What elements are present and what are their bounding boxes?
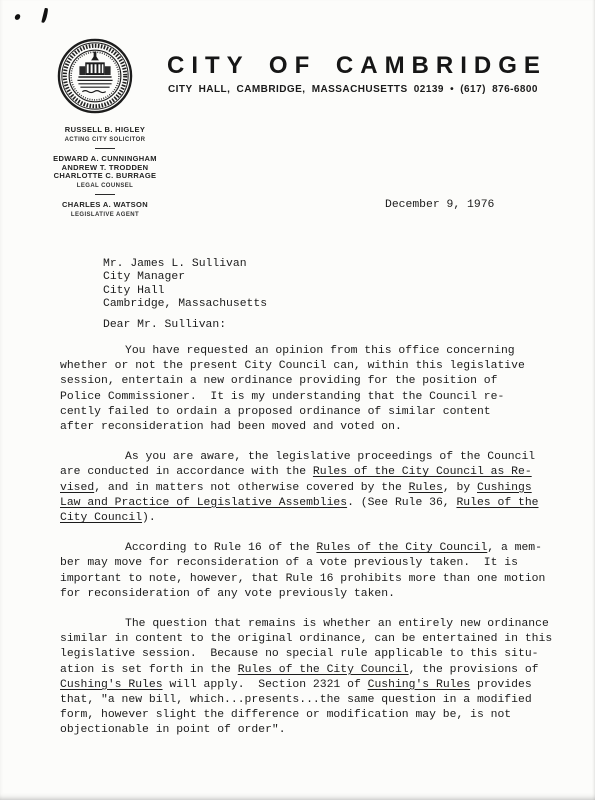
official-name: CHARLES A. WATSON [33, 201, 177, 210]
underlined-citation: Cushing's Rules [368, 679, 471, 691]
letter-date: December 9, 1976 [385, 199, 494, 211]
text-segment: , a mem- [487, 542, 542, 554]
text-segment: ation is set forth in the [60, 664, 238, 676]
divider-rule [95, 194, 115, 195]
underlined-citation: Rules of the [456, 497, 538, 509]
underlined-citation: Cushing's Rules [60, 679, 163, 691]
underlined-citation: Cushings [477, 482, 532, 494]
text-segment: are conducted in accordance with the [60, 466, 313, 478]
paragraph: The question that remains is whether an … [60, 617, 560, 739]
underlined-citation: Rules of the City Council [316, 542, 487, 554]
ink-speck [41, 8, 49, 24]
typed-line: objectionable in point of order". [60, 723, 560, 738]
underlined-citation: Rules of the City Council as Re- [313, 466, 532, 478]
typed-line: cently failed to ordain a proposed ordin… [60, 405, 560, 420]
text-segment: The question that remains is whether an … [125, 618, 549, 630]
typed-line: similar in content to the original ordin… [60, 632, 560, 647]
paragraph: According to Rule 16 of the Rules of the… [60, 541, 560, 602]
text-segment: whether or not the present City Council … [60, 360, 525, 372]
text-segment: legislative session. Because no special … [60, 648, 539, 660]
divider-rule [95, 148, 115, 149]
text-segment: form, however slight the difference or m… [60, 709, 511, 721]
typed-line: You have requested an opinion from this … [60, 344, 560, 359]
official-title: LEGISLATIVE AGENT [33, 211, 177, 219]
typed-line: are conducted in accordance with the Rul… [60, 465, 560, 480]
text-segment: after reconsideration had been moved and… [60, 421, 402, 433]
underlined-citation: vised [60, 482, 94, 494]
typed-line: Police Commissioner. It is my understand… [60, 390, 560, 405]
text-segment: similar in content to the original ordin… [60, 633, 552, 645]
paragraph: You have requested an opinion from this … [60, 344, 560, 435]
typed-line: Cushing's Rules will apply. Section 2321… [60, 678, 560, 693]
paragraph: As you are aware, the legislative procee… [60, 450, 560, 526]
typed-line: that, "a new bill, which...presents...th… [60, 693, 560, 708]
official-name: RUSSELL B. HIGLEY [33, 126, 177, 135]
text-segment: that, "a new bill, which...presents...th… [60, 694, 532, 706]
typed-line: session, entertain a new ordinance provi… [60, 374, 560, 389]
text-segment: , the provisions of [409, 664, 539, 676]
official-group: CHARLES A. WATSONLEGISLATIVE AGENT [33, 201, 177, 219]
official-group: RUSSELL B. HIGLEYACTING CITY SOLICITOR [33, 126, 177, 144]
typed-line: whether or not the present City Council … [60, 359, 560, 374]
text-segment: . (See Rule 36, [347, 497, 456, 509]
text-segment: provides [470, 679, 532, 691]
official-group: EDWARD A. CUNNINGHAMANDREW T. TRODDENCHA… [33, 155, 177, 190]
city-seal-icon [56, 37, 134, 115]
text-segment: session, entertain a new ordinance provi… [60, 375, 497, 387]
typed-line: ation is set forth in the Rules of the C… [60, 663, 560, 678]
typed-line: Law and Practice of Legislative Assembli… [60, 496, 560, 511]
underlined-citation: Rules [409, 482, 443, 494]
official-title: ACTING CITY SOLICITOR [33, 136, 177, 144]
text-segment: ). [142, 512, 156, 524]
underlined-citation: Rules of the City Council [238, 664, 409, 676]
typed-line: legislative session. Because no special … [60, 647, 560, 662]
underlined-citation: City Council [60, 512, 142, 524]
typed-line: form, however slight the difference or m… [60, 708, 560, 723]
recipient-address: Mr. James L. SullivanCity ManagerCity Ha… [103, 258, 267, 311]
recipient-line: City Hall [103, 285, 267, 298]
ink-speck [14, 13, 21, 20]
typed-line: According to Rule 16 of the Rules of the… [60, 541, 560, 556]
text-segment: You have requested an opinion from this … [125, 345, 515, 357]
letterhead-subtitle: CITY HALL, CAMBRIDGE, MASSACHUSETTS 0213… [168, 84, 538, 95]
text-segment: important to note, however, that Rule 16… [60, 573, 545, 585]
official-title: LEGAL COUNSEL [33, 182, 177, 190]
salutation: Dear Mr. Sullivan: [103, 319, 226, 331]
typed-line: for reconsideration of any vote previous… [60, 587, 560, 602]
text-segment: , and in matters not otherwise covered b… [94, 482, 408, 494]
typed-line: important to note, however, that Rule 16… [60, 572, 560, 587]
text-segment: for reconsideration of any vote previous… [60, 588, 395, 600]
underlined-citation: Law and Practice of Legislative Assembli… [60, 497, 347, 509]
typed-line: after reconsideration had been moved and… [60, 420, 560, 435]
text-segment: According to Rule 16 of the [125, 542, 316, 554]
typed-line: City Council). [60, 511, 560, 526]
text-segment: objectionable in point of order". [60, 724, 286, 736]
text-segment: ber may move for reconsideration of a vo… [60, 557, 518, 569]
officials-list: RUSSELL B. HIGLEYACTING CITY SOLICITORED… [33, 126, 177, 221]
scanned-letter-page: CITY OF CAMBRIDGE CITY HALL, CAMBRIDGE, … [0, 0, 595, 800]
recipient-line: Cambridge, Massachusetts [103, 298, 267, 311]
text-segment: will apply. Section 2321 of [163, 679, 368, 691]
recipient-line: Mr. James L. Sullivan [103, 258, 267, 271]
typed-line: As you are aware, the legislative procee… [60, 450, 560, 465]
typed-line: ber may move for reconsideration of a vo… [60, 556, 560, 571]
typed-line: vised, and in matters not otherwise cove… [60, 481, 560, 496]
typed-line: The question that remains is whether an … [60, 617, 560, 632]
text-segment: , by [443, 482, 477, 494]
letter-body: You have requested an opinion from this … [60, 344, 560, 754]
letterhead-title: CITY OF CAMBRIDGE [167, 52, 547, 80]
official-name: CHARLOTTE C. BURRAGE [33, 172, 177, 181]
text-segment: cently failed to ordain a proposed ordin… [60, 406, 491, 418]
text-segment: Police Commissioner. It is my understand… [60, 391, 504, 403]
recipient-line: City Manager [103, 271, 267, 284]
text-segment: As you are aware, the legislative procee… [125, 451, 535, 463]
